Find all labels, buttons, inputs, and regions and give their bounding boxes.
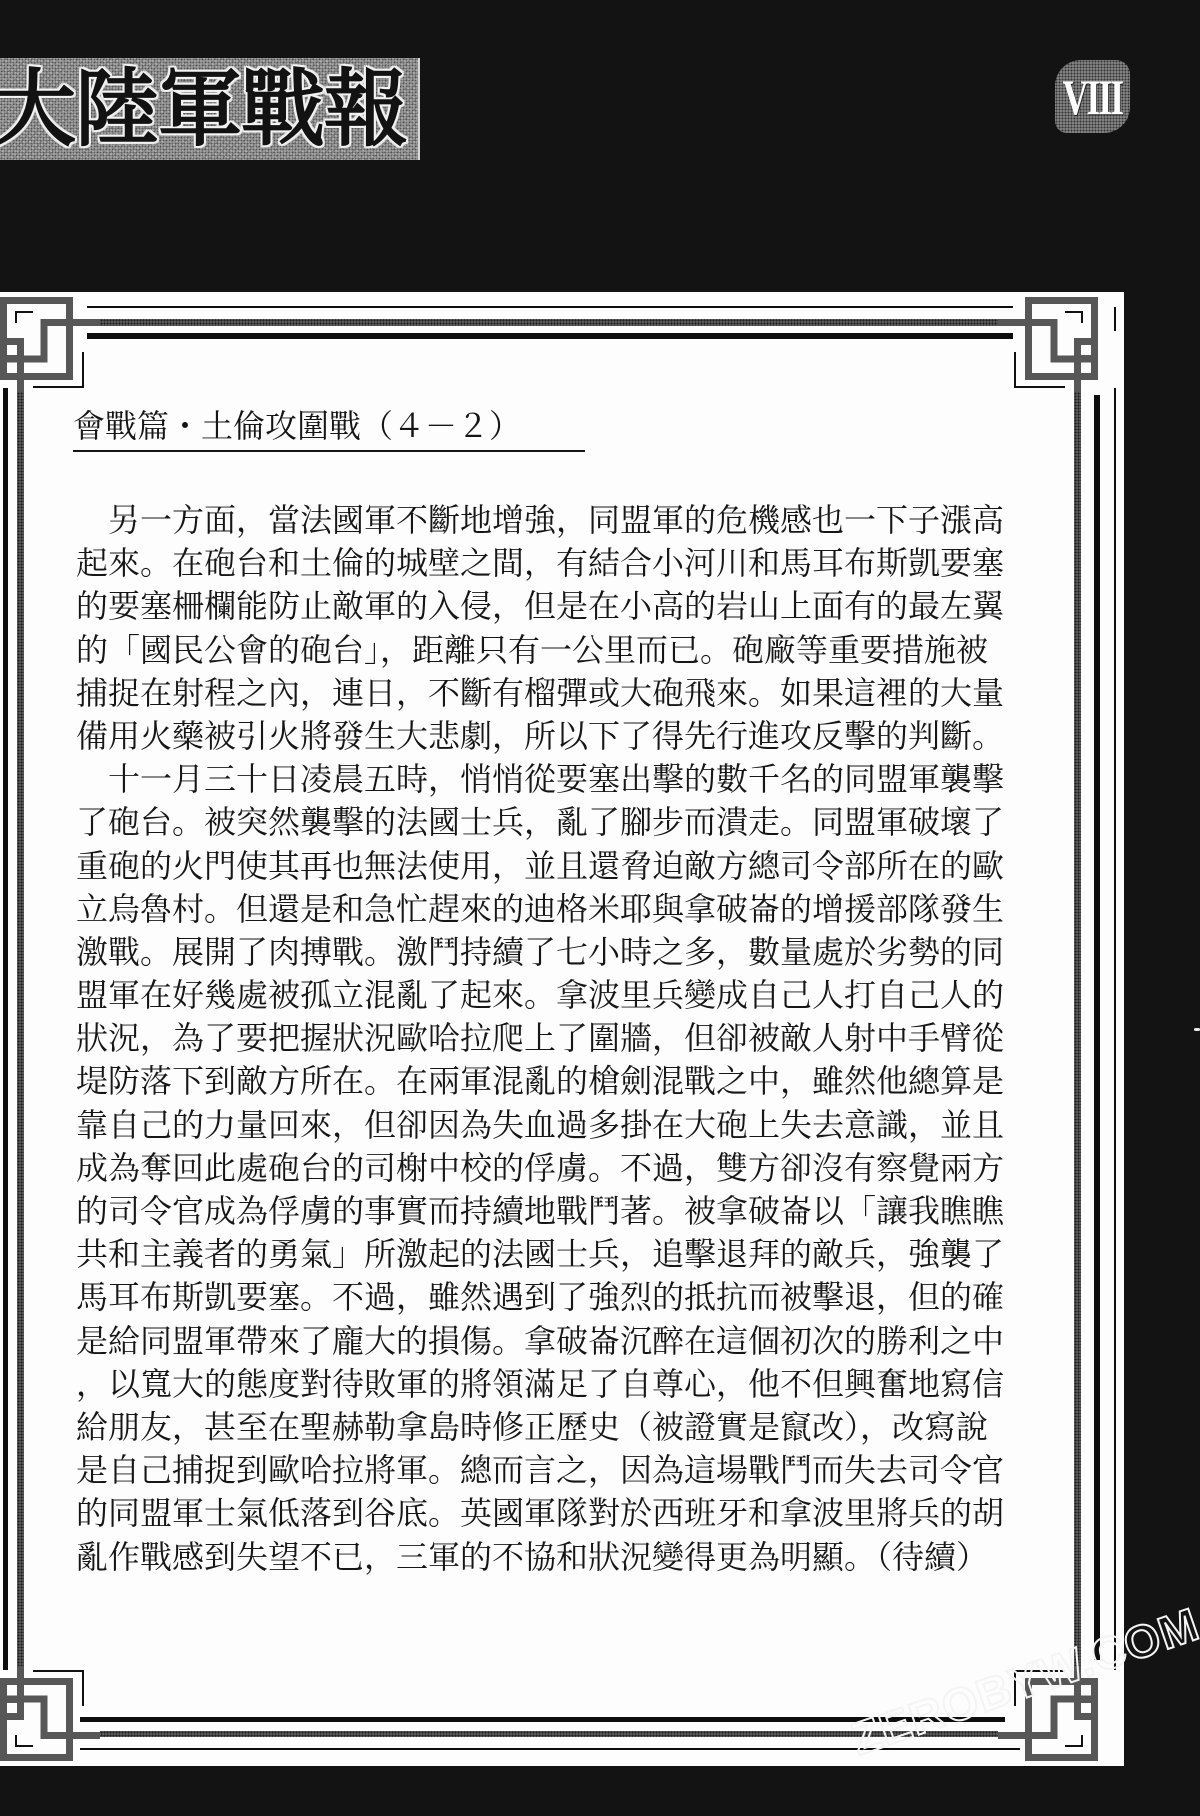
frame-right-thin-rule [1114,388,1116,1670]
article-heading: 會戰篇・土倫攻圍戰（４－２） [73,406,521,446]
series-title-banner: 大陸軍戰報 [0,58,420,160]
text-line: 的同盟軍士氣低落到谷底。英國軍隊對於西班牙和拿波里將兵的胡 [76,1492,1016,1535]
text-line: 的「國民公會的砲台」，距離只有一公里而已。砲廠等重要措施被 [76,629,1016,672]
frame-top-thick-rule [87,333,1013,339]
text-line: 激戰。展開了肉搏戰。激鬥持續了七小時之多，數量處於劣勢的同 [76,931,1016,974]
frame-right-thick-rule [1094,395,1100,1660]
text-line: 重砲的火門使其再也無法使用，並且還脅迫敵方總司令部所在的歐 [76,845,1016,888]
article-body: 另一方面，當法國軍不斷地增強，同盟軍的危機感也一下子漲高 起來。在砲台和土倫的城… [76,499,1016,1579]
text-line: 亂作戰感到失望不已，三軍的不協和狀況變得更為明顯。（待續） [76,1536,1016,1579]
frame-top-gray-band [100,319,998,326]
text-line: 了砲台。被突然襲擊的法國士兵，亂了腳步而潰走。同盟軍破壞了 [76,801,1016,844]
corner-ornament-top-left-icon [0,292,100,392]
frame-right-gray-band [1074,392,1081,1666]
text-line: 捕捉在射程之內，連日，不斷有榴彈或大砲飛來。如果這裡的大量 [76,672,1016,715]
text-line: 另一方面，當法國軍不斷地增強，同盟軍的危機感也一下子漲高 [76,499,1016,542]
frame-left-gray-band [17,392,24,1666]
text-line: 給朋友，甚至在聖赫勒拿島時修正歷史（被證實是竄改），改寫說 [76,1406,1016,1449]
frame-left-thick-rule [3,388,8,1670]
volume-number: VIII [1063,72,1122,122]
text-line: 成為奪回此處砲台的司榭中校的俘虜。不過，雙方卻沒有察覺兩方 [76,1147,1016,1190]
text-line: 堤防落下到敵方所在。在兩軍混亂的槍劍混戰之中，雖然他總算是 [76,1060,1016,1103]
text-line: 馬耳布斯凱要塞。不過，雖然遇到了強烈的抵抗而被擊退，但的確 [76,1276,1016,1319]
text-line: 是給同盟軍帶來了龐大的損傷。拿破崙沉醉在這個初次的勝利之中 [76,1320,1016,1363]
text-line: 是自己捕捉到歐哈拉將軍。總而言之，因為這場戰鬥而失去司令官 [76,1449,1016,1492]
text-line: 靠自己的力量回來，但卻因為失血過多掛在大砲上失去意識，並且 [76,1104,1016,1147]
scan-speck [1194,1028,1200,1031]
corner-ornament-top-right-icon [998,292,1098,392]
text-line: 備用火藥被引火將發生大悲劇，所以下了得先行進攻反擊的判斷。 [76,715,1016,758]
series-title: 大陸軍戰報 [0,62,407,156]
text-line: ，以寬大的態度對待敗軍的將領滿足了自尊心，他不但興奮地寫信 [76,1363,1016,1406]
text-line: 盟軍在好幾處被孤立混亂了起來。拿波里兵變成自己人打自己人的 [76,974,1016,1017]
text-line: 起來。在砲台和土倫的城壁之間，有結合小河川和馬耳布斯凱要塞 [76,542,1016,585]
text-line: 共和主義者的勇氣」所激起的法國士兵，追擊退拜的敵兵，強襲了 [76,1233,1016,1276]
frame-right-thin-rule-top [1114,307,1116,331]
text-line: 立烏魯村。但還是和急忙趕來的迪格米耶與拿破崙的增援部隊發生 [76,888,1016,931]
frame-top-thin-rule [87,306,1013,308]
volume-badge: VIII [1055,60,1130,133]
corner-ornament-bottom-left-icon [0,1666,100,1766]
text-line: 的司令官成為俘虜的事實而持續地戰鬥著。被拿破崙以「讓我瞧瞧 [76,1190,1016,1233]
heading-underline [73,450,585,452]
text-line: 狀況，為了要把握狀況歐哈拉爬上了圍牆，但卻被敵人射中手臂從 [76,1017,1016,1060]
text-line: 十一月三十日凌晨五時，悄悄從要塞出擊的數千名的同盟軍襲擊 [76,758,1016,801]
text-line: 的要塞柵欄能防止敵軍的入侵，但是在小高的岩山上面有的最左翼 [76,585,1016,628]
